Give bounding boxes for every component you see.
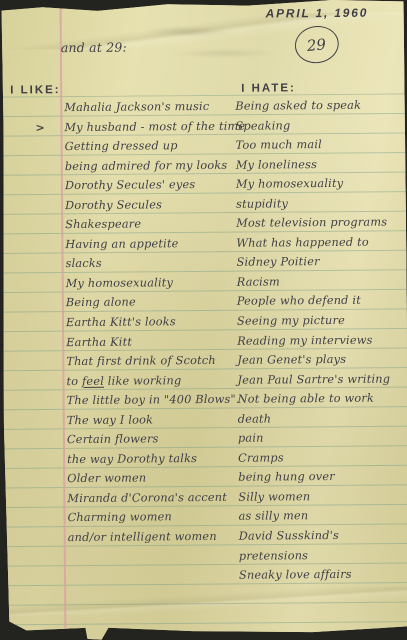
- list-item: Jean Genet's plays: [237, 350, 407, 371]
- list-item: being hung over: [238, 467, 407, 488]
- hate-column-list: Being asked to speakSpeakingToo much mai…: [235, 95, 407, 585]
- age-note: and at 29:: [61, 40, 127, 56]
- list-item: People who defend it: [237, 291, 407, 312]
- list-item: Sidney Poitier: [236, 252, 406, 273]
- like-column-header: I LIKE:: [10, 84, 61, 96]
- list-item: death: [238, 408, 407, 429]
- list-item: Cramps: [238, 447, 407, 468]
- list-item: Too much mail: [236, 135, 406, 156]
- list-item: Most television programs: [236, 213, 406, 234]
- list-item: David Susskind's: [239, 525, 407, 546]
- list-item: Sneaky love affairs: [239, 565, 407, 586]
- list-item: Silly women: [238, 486, 407, 507]
- list-item: Speaking: [235, 115, 405, 136]
- hate-column-header: I HATE:: [241, 82, 296, 94]
- margin-arrow-marker: >: [35, 118, 45, 138]
- list-item: pain: [238, 428, 407, 449]
- ink-bleedthrough: [110, 15, 300, 68]
- circled-age-number: 29: [306, 35, 327, 55]
- legal-pad-page: APRIL 1, 1960 29 and at 29: I LIKE: I HA…: [0, 0, 407, 640]
- list-item: My loneliness: [236, 154, 406, 175]
- list-item: Being asked to speak: [235, 95, 405, 116]
- list-item: as silly men: [238, 506, 407, 527]
- list-item: Racism: [237, 271, 407, 292]
- photo-background: APRIL 1, 1960 29 and at 29: I LIKE: I HA…: [0, 0, 407, 640]
- list-item: What has happened to: [236, 232, 406, 253]
- date: APRIL 1, 1960: [266, 6, 369, 21]
- list-item: Reading my interviews: [237, 330, 407, 351]
- list-item: pretensions: [239, 545, 407, 566]
- list-item: Not being able to work: [238, 389, 407, 410]
- list-item: Seeing my picture: [237, 310, 407, 331]
- list-item: stupidity: [236, 193, 406, 214]
- list-item: My homosexuality: [236, 174, 406, 195]
- list-item: Jean Paul Sartre's writing: [237, 369, 407, 390]
